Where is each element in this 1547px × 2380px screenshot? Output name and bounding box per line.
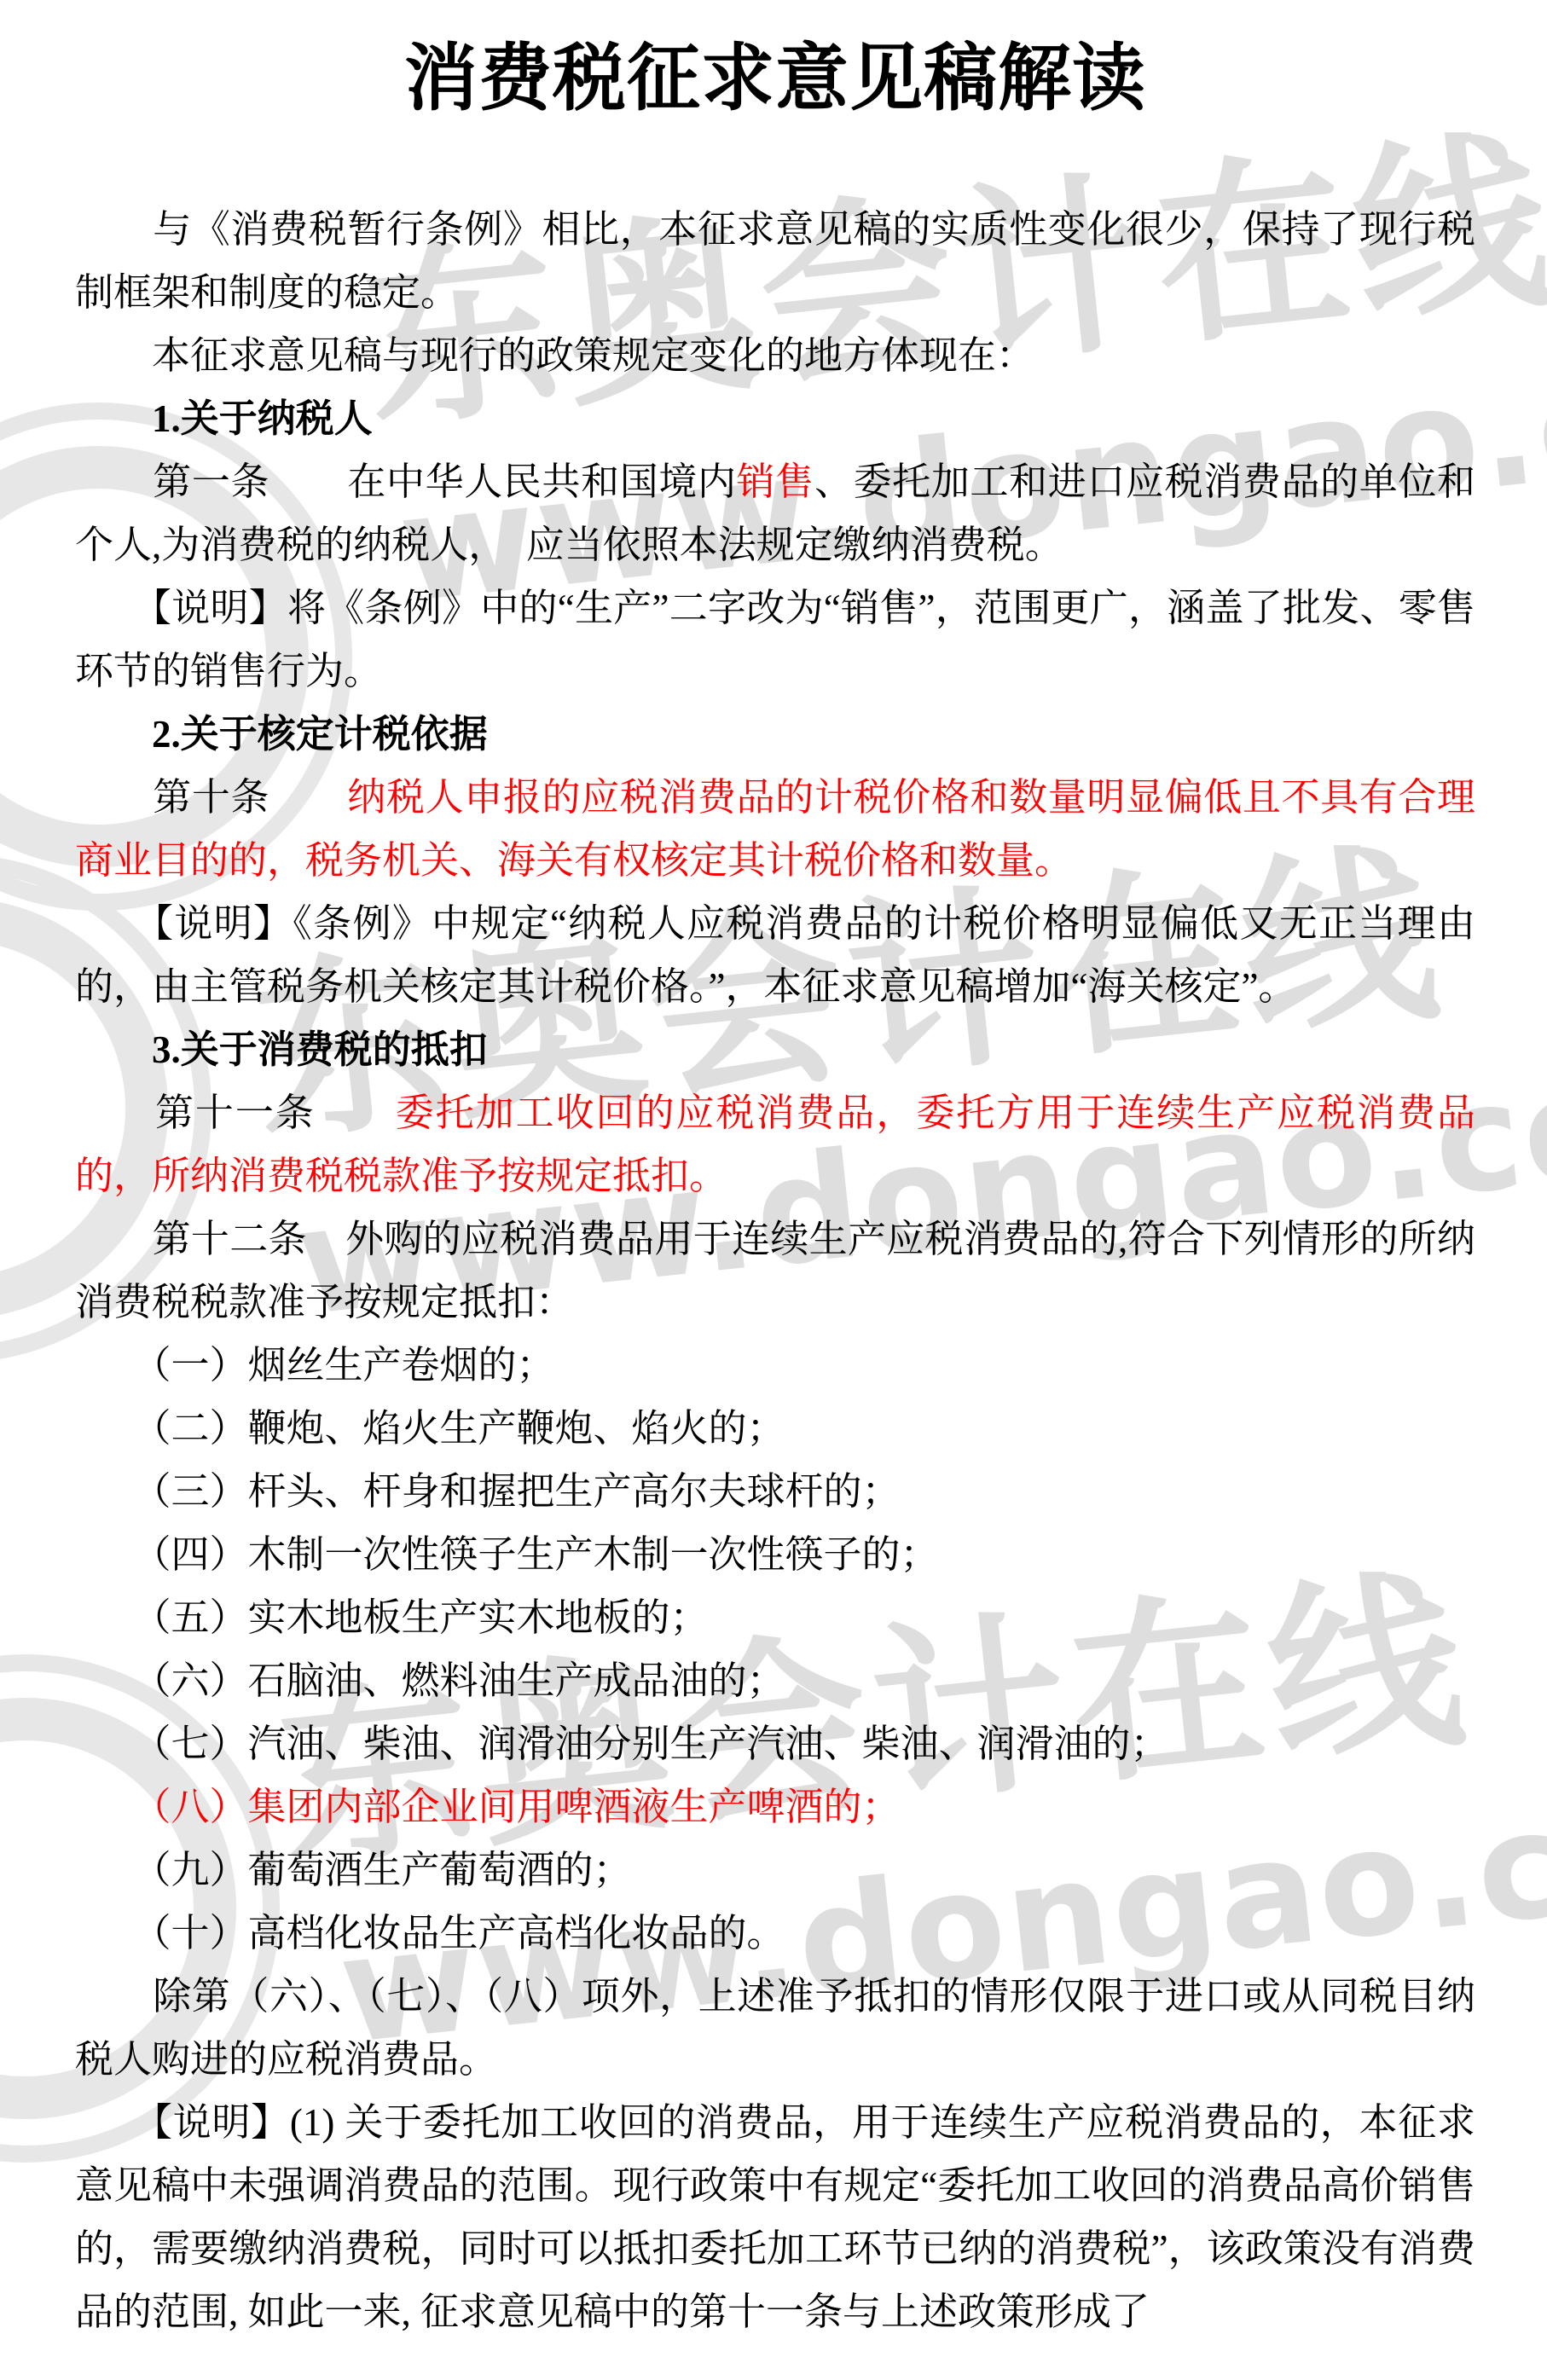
paragraph-intro-2: 本征求意见稿与现行的政策规定变化的地方体现在： [75,324,1475,387]
text-run: 除第（六）、（七）、（八）项外，上述准予抵扣的情形仅限于进口或从同税目纳税人购进… [75,1975,1475,2081]
text-run: 1.关于纳税人 [75,397,373,440]
paragraph-note-3: 【说明】(1) 关于委托加工收回的消费品，用于连续生产应税消费品的，本征求意见稿… [75,2091,1475,2343]
paragraph-article-10: 第十条 纳税人申报的应税消费品的计税价格和数量明显偏低且不具有合理商业目的的，税… [75,766,1475,892]
paragraph-item-10: （十）高档化妆品生产高档化妆品的。 [75,1902,1475,1965]
paragraph-item-9: （九）葡萄酒生产葡萄酒的； [75,1839,1475,1902]
text-run: 【说明】将《条例》中的“生产”二字改为“销售”，范围更广，涵盖了批发、零售环节的… [75,587,1475,692]
text-run: 与《消费税暂行条例》相比，本征求意见稿的实质性变化很少，保持了现行税制框架和制度… [75,208,1475,314]
text-run: 【说明】《条例》中规定“纳税人应税消费品的计税价格明显偏低又无正当理由的，由主管… [75,902,1475,1008]
paragraph-intro-1: 与《消费税暂行条例》相比，本征求意见稿的实质性变化很少，保持了现行税制框架和制度… [75,198,1475,324]
paragraph-heading-1: 1.关于纳税人 [75,387,1475,450]
text-run: 【说明】(1) 关于委托加工收回的消费品，用于连续生产应税消费品的，本征求意见稿… [75,2101,1475,2333]
text-run: （七）汽油、柴油、润滑油分别生产汽油、柴油、润滑油的； [75,1723,1169,1765]
text-run: 第一条 在中华人民共和国境内 [75,460,737,503]
text-run: 第十一条 [75,1092,396,1134]
paragraph-item-2: （二）鞭炮、焰火生产鞭炮、焰火的； [75,1397,1475,1460]
text-run: （六）石脑油、燃料油生产成品油的； [75,1659,785,1702]
text-run: （五）实木地板生产实木地板的； [75,1596,709,1639]
paragraph-article-11: 第十一条 委托加工收回的应税消费品，委托方用于连续生产应税消费品的，所纳消费税税… [75,1081,1475,1207]
paragraph-item-7: （七）汽油、柴油、润滑油分别生产汽油、柴油、润滑油的； [75,1712,1475,1775]
highlighted-text-run: 销售 [737,460,814,503]
text-run: （九）葡萄酒生产葡萄酒的； [75,1849,632,1891]
document-page: 东奥会计在线 www.dongao.com 东奥会计在线 www.dongao.… [0,0,1547,2380]
paragraph-item-5: （五）实木地板生产实木地板的； [75,1586,1475,1649]
paragraph-item-6: （六）石脑油、燃料油生产成品油的； [75,1649,1475,1712]
paragraph-heading-3: 3.关于消费税的抵扣 [75,1018,1475,1081]
paragraph-exception: 除第（六）、（七）、（八）项外，上述准予抵扣的情形仅限于进口或从同税目纳税人购进… [75,1965,1475,2091]
paragraph-article-1: 第一条 在中华人民共和国境内销售、委托加工和进口应税消费品的单位和个人,为消费税… [75,450,1475,576]
text-run: 第十条 [75,776,347,819]
paragraph-note-1: 【说明】将《条例》中的“生产”二字改为“销售”，范围更广，涵盖了批发、零售环节的… [75,576,1475,703]
paragraph-item-3: （三）杆头、杆身和握把生产高尔夫球杆的； [75,1460,1475,1523]
text-run: （一）烟丝生产卷烟的； [75,1344,555,1387]
paragraph-note-2: 【说明】《条例》中规定“纳税人应税消费品的计税价格明显偏低又无正当理由的，由主管… [75,892,1475,1018]
document-body: 与《消费税暂行条例》相比，本征求意见稿的实质性变化很少，保持了现行税制框架和制度… [75,198,1475,2343]
text-run: （二）鞭炮、焰火生产鞭炮、焰火的； [75,1407,785,1450]
paragraph-item-1: （一）烟丝生产卷烟的； [75,1334,1475,1397]
text-run: 3.关于消费税的抵扣 [75,1028,488,1071]
paragraph-heading-2: 2.关于核定计税依据 [75,703,1475,766]
highlighted-text-run: （八）集团内部企业间用啤酒液生产啤酒的； [75,1786,901,1828]
page-title: 消费税征求意见稿解读 [75,38,1475,119]
text-run: （十）高档化妆品生产高档化妆品的。 [75,1912,785,1954]
text-run: 本征求意见稿与现行的政策规定变化的地方体现在： [75,334,1034,377]
text-run: （三）杆头、杆身和握把生产高尔夫球杆的； [75,1470,901,1513]
text-run: 第十二条 外购的应税消费品用于连续生产应税消费品的,符合下列情形的所纳消费税税款… [75,1218,1475,1323]
paragraph-item-8: （八）集团内部企业间用啤酒液生产啤酒的； [75,1775,1475,1839]
paragraph-article-12: 第十二条 外购的应税消费品用于连续生产应税消费品的,符合下列情形的所纳消费税税款… [75,1207,1475,1334]
document-content: 消费税征求意见稿解读 与《消费税暂行条例》相比，本征求意见稿的实质性变化很少，保… [75,0,1475,2343]
paragraph-item-4: （四）木制一次性筷子生产木制一次性筷子的； [75,1523,1475,1586]
text-run: （四）木制一次性筷子生产木制一次性筷子的； [75,1533,939,1576]
text-run: 2.关于核定计税依据 [75,713,488,756]
